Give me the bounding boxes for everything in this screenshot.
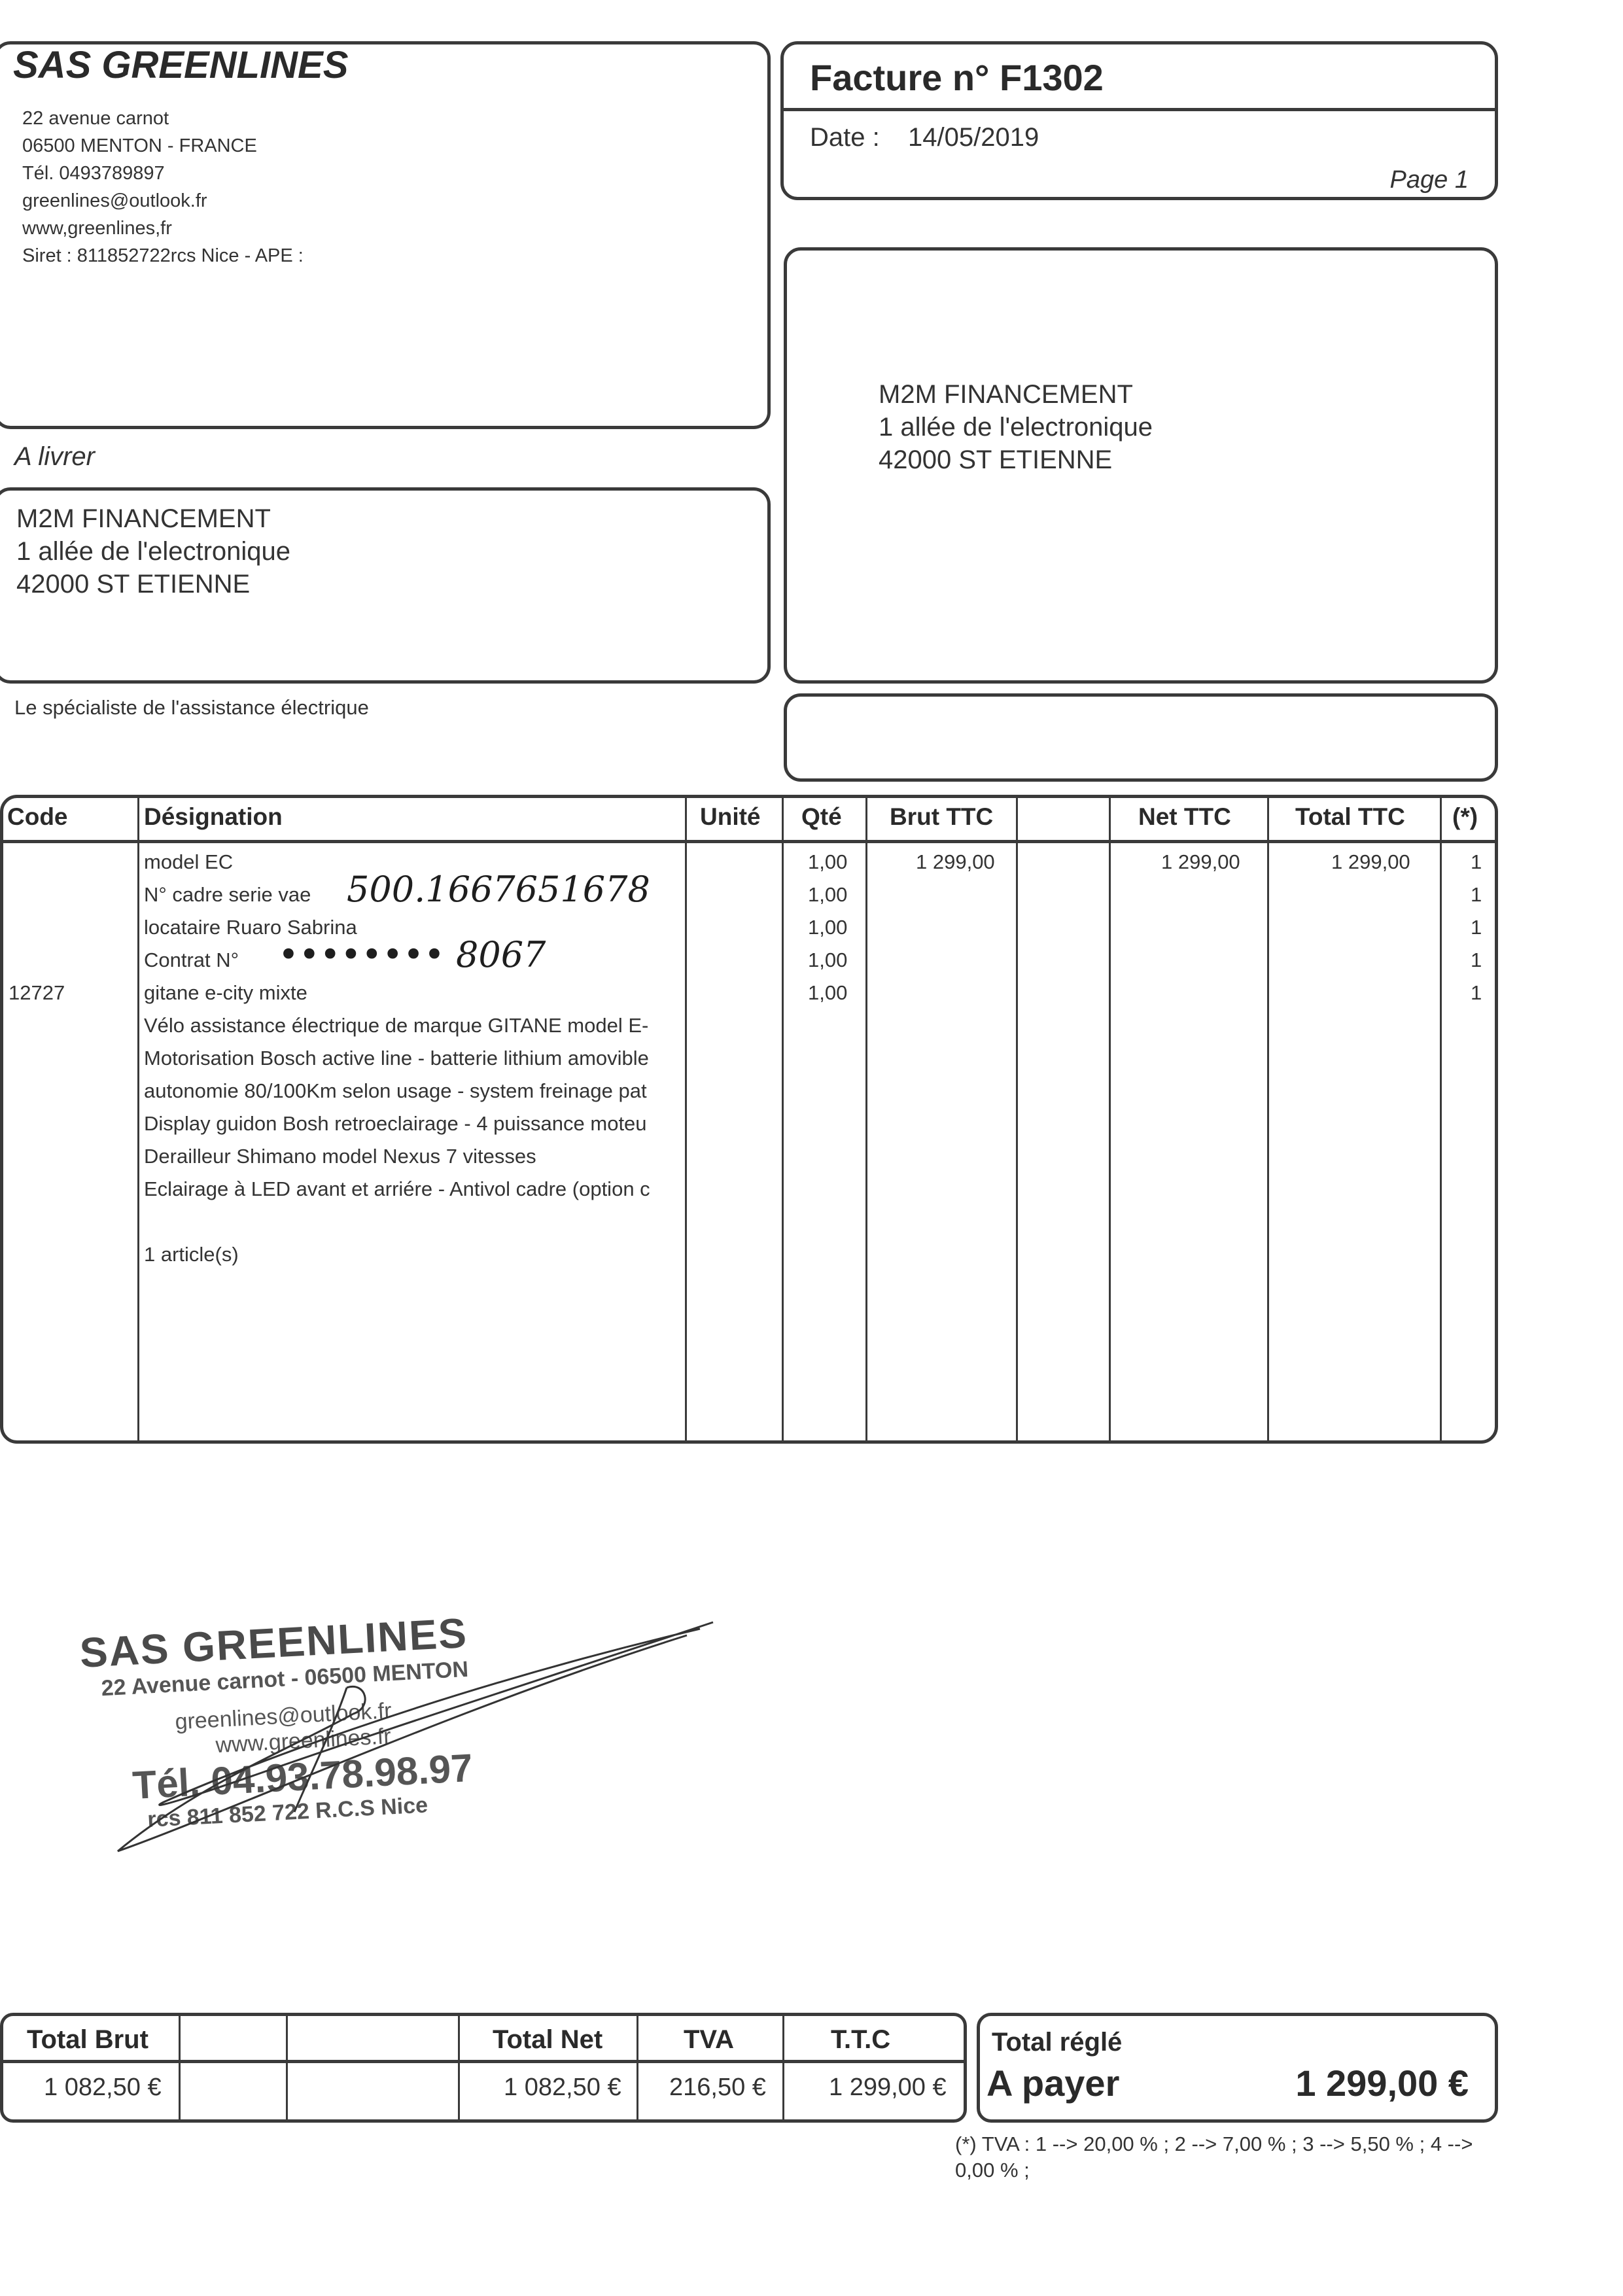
item-description-line: autonomie 80/100Km selon usage - system … (144, 1079, 690, 1103)
seller-city: 06500 MENTON - FRANCE (22, 132, 304, 160)
invoice-header-box: Facture n° F1302 Date : 14/05/2019 Page … (780, 41, 1498, 200)
tva-footnote: (*) TVA : 1 --> 20,00 % ; 2 --> 7,00 % ;… (955, 2131, 1492, 2183)
item-qte: 1,00 (808, 850, 847, 874)
payment-box: Total réglé A payer 1 299,00 € (977, 2013, 1498, 2123)
client-city: 42000 ST ETIENNE (879, 444, 1153, 476)
seller-name: SAS GREENLINES (13, 43, 348, 87)
header-divider (3, 2060, 964, 2063)
header-total-brut: Total Brut (27, 2025, 148, 2055)
client-street: 1 allée de l'electronique (879, 411, 1153, 444)
ttc-value: 1 299,00 € (829, 2074, 947, 2102)
delivery-box: M2M FINANCEMENT 1 allée de l'electroniqu… (0, 487, 771, 684)
signature (98, 1616, 720, 1877)
delivery-address: M2M FINANCEMENT 1 allée de l'electroniqu… (16, 502, 290, 600)
delivery-city: 42000 ST ETIENNE (16, 568, 290, 600)
item-tva-code: 1 (1471, 916, 1482, 939)
delivery-label: A livrer (14, 442, 95, 472)
article-count: 1 article(s) (144, 1243, 690, 1266)
handwritten-annotation: 500.1667651678 (347, 869, 650, 910)
tva-value: 216,50 € (669, 2074, 766, 2102)
item-tva-code: 1 (1471, 981, 1482, 1005)
total-paid-label: Total réglé (992, 2028, 1122, 2057)
amount-due-value: 1 299,00 € (1295, 2062, 1469, 2104)
col-divider (637, 2016, 638, 2119)
header-divider (3, 840, 1495, 843)
col-divider (865, 798, 867, 1440)
header-tva: TVA (684, 2025, 734, 2055)
item-net-ttc: 1 299,00 (1161, 850, 1240, 874)
seller-address: 22 avenue carnot (22, 105, 304, 132)
header-unite: Unité (700, 803, 761, 831)
page-number: Page 1 (1390, 166, 1469, 194)
item-description-line: Derailleur Shimano model Nexus 7 vitesse… (144, 1145, 690, 1168)
col-divider (1267, 798, 1269, 1440)
item-brut-ttc: 1 299,00 (916, 850, 995, 874)
col-divider (1016, 798, 1018, 1440)
item-tva-code: 1 (1471, 850, 1482, 874)
col-divider (782, 2016, 784, 2119)
header-net-ttc: Net TTC (1138, 803, 1231, 831)
col-divider (1109, 798, 1111, 1440)
item-description-line: Display guidon Bosh retroeclairage - 4 p… (144, 1112, 690, 1136)
item-description-line: Eclairage à LED avant et arriére - Antiv… (144, 1177, 690, 1201)
divider (784, 108, 1495, 111)
date-label: Date : (810, 123, 880, 152)
item-qte: 1,00 (808, 916, 847, 939)
client-address: M2M FINANCEMENT 1 allée de l'electroniqu… (879, 378, 1153, 476)
seller-phone: Tél. 0493789897 (22, 160, 304, 187)
seller-email: greenlines@outlook.fr (22, 187, 304, 215)
notes-box (784, 693, 1498, 782)
seller-website: www,greenlines,fr (22, 215, 304, 242)
item-tva-code: 1 (1471, 883, 1482, 907)
total-brut-value: 1 082,50 € (44, 2074, 162, 2102)
col-divider (1440, 798, 1442, 1440)
delivery-name: M2M FINANCEMENT (16, 502, 290, 535)
col-divider (782, 798, 784, 1440)
invoice-date: 14/05/2019 (908, 123, 1039, 152)
handwritten-annotation: •••••••• 8067 (278, 934, 546, 975)
delivery-street: 1 allée de l'electronique (16, 535, 290, 568)
col-divider (137, 798, 139, 1440)
header-total-ttc: Total TTC (1295, 803, 1405, 831)
item-qte: 1,00 (808, 981, 847, 1005)
client-box: M2M FINANCEMENT 1 allée de l'electroniqu… (784, 247, 1498, 684)
amount-due-label: A payer (986, 2062, 1119, 2104)
item-qte: 1,00 (808, 948, 847, 972)
tagline: Le spécialiste de l'assistance électriqu… (14, 696, 369, 720)
header-qte: Qté (801, 803, 842, 831)
total-net-value: 1 082,50 € (504, 2074, 621, 2102)
item-description-line: Motorisation Bosch active line - batteri… (144, 1047, 690, 1070)
col-divider (458, 2016, 460, 2119)
item-qte: 1,00 (808, 883, 847, 907)
seller-details: 22 avenue carnot 06500 MENTON - FRANCE T… (22, 105, 304, 270)
item-description-line: Vélo assistance électrique de marque GIT… (144, 1014, 690, 1037)
header-ttc: T.T.C (831, 2025, 890, 2055)
item-tva-code: 1 (1471, 948, 1482, 972)
client-name: M2M FINANCEMENT (879, 378, 1153, 411)
invoice-title: Facture n° F1302 (810, 56, 1104, 99)
totals-table: Total Brut Total Net TVA T.T.C 1 082,50 … (0, 2013, 967, 2123)
header-total-net: Total Net (493, 2025, 602, 2055)
header-brut-ttc: Brut TTC (890, 803, 993, 831)
col-divider (286, 2016, 288, 2119)
header-tva-code: (*) (1452, 803, 1478, 831)
items-table: Code Désignation Unité Qté Brut TTC Net … (0, 795, 1498, 1444)
col-divider (179, 2016, 181, 2119)
header-code: Code (7, 803, 68, 831)
header-designation: Désignation (144, 803, 283, 831)
item-total-ttc: 1 299,00 (1331, 850, 1410, 874)
item-designation: gitane e-city mixte (144, 981, 690, 1005)
item-code: 12727 (9, 981, 65, 1005)
seller-siret: Siret : 811852722rcs Nice - APE : (22, 242, 304, 270)
